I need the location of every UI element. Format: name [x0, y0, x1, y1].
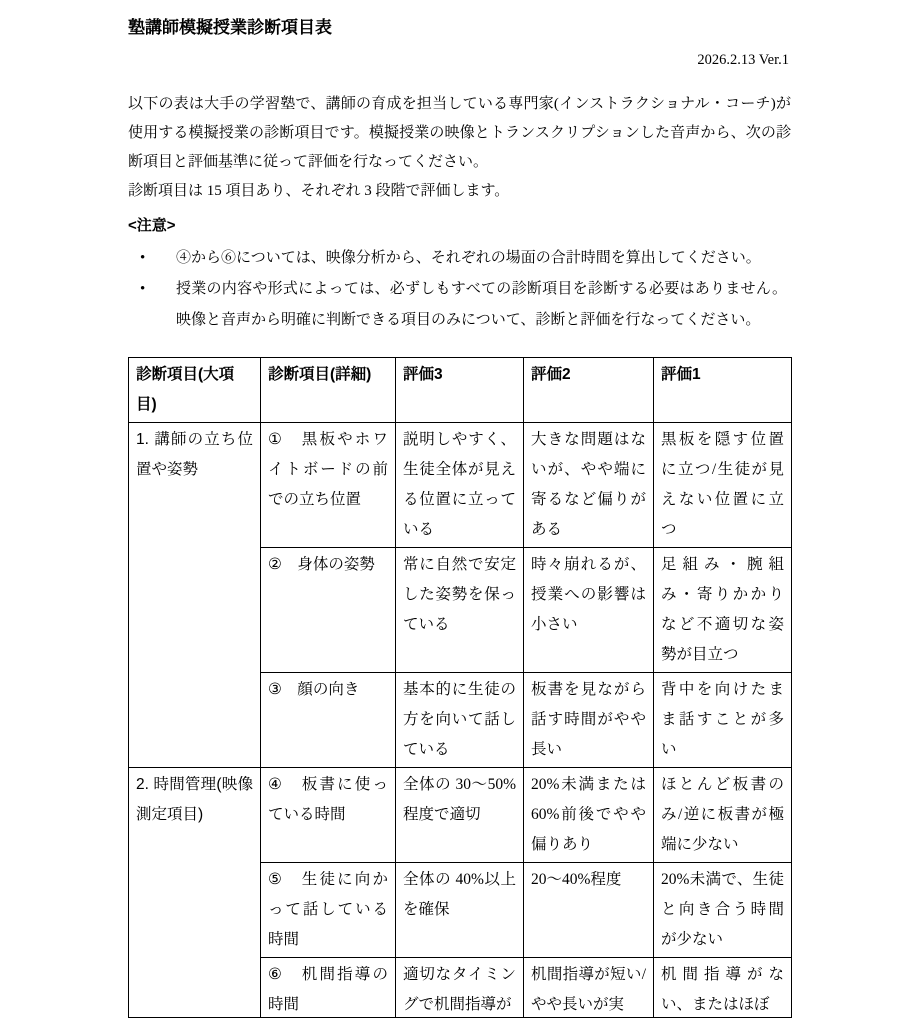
column-header: 評価3 [396, 358, 524, 423]
eval2-cell: 20%未満または 60%前後でやや偏りあり [524, 768, 654, 863]
notice-list: ④から⑥については、映像分析から、それぞれの場面の合計時間を算出してください。授… [128, 243, 791, 336]
eval1-cell: 机間指導がない、またはほぼ [654, 958, 792, 1018]
detail-item-cell: ④ 板書に使っている時間 [261, 768, 396, 863]
eval1-cell: 背中を向けたまま話すことが多い [654, 673, 792, 768]
eval3-cell: 適切なタイミングで机間指導が [396, 958, 524, 1018]
eval2-cell: 20〜40%程度 [524, 863, 654, 958]
category-cell: 1. 講師の立ち位置や姿勢 [129, 423, 261, 768]
eval3-cell: 常に自然で安定した姿勢を保っている [396, 548, 524, 673]
scale-note: 診断項目は 15 項目あり、それぞれ 3 段階で評価します。 [128, 177, 791, 206]
eval3-cell: 説明しやすく、生徒全体が見える位置に立っている [396, 423, 524, 548]
intro-paragraph: 以下の表は大手の学習塾で、講師の育成を担当している専門家(インストラクショナル・… [128, 90, 791, 177]
eval2-cell: 机間指導が短い/やや長いが実 [524, 958, 654, 1018]
diagnostic-rubric-table: 診断項目(大項目)診断項目(詳細)評価3評価2評価1 1. 講師の立ち位置や姿勢… [128, 357, 792, 1018]
notice-item: ④から⑥については、映像分析から、それぞれの場面の合計時間を算出してください。 [128, 243, 791, 274]
table-row: 2. 時間管理(映像測定項目)④ 板書に使っている時間全体の 30〜50%程度で… [129, 768, 792, 863]
table-row: 1. 講師の立ち位置や姿勢① 黒板やホワイトボードの前での立ち位置説明しやすく、… [129, 423, 792, 548]
detail-item-cell: ⑤ 生徒に向かって話している時間 [261, 863, 396, 958]
page-title: 塾講師模擬授業診断項目表 [128, 16, 791, 40]
detail-item-cell: ① 黒板やホワイトボードの前での立ち位置 [261, 423, 396, 548]
table-header-row: 診断項目(大項目)診断項目(詳細)評価3評価2評価1 [129, 358, 792, 423]
eval3-cell: 全体の 30〜50%程度で適切 [396, 768, 524, 863]
column-header: 評価1 [654, 358, 792, 423]
eval1-cell: 足組み・腕組み・寄りかかりなど不適切な姿勢が目立つ [654, 548, 792, 673]
version-line: 2026.2.13 Ver.1 [128, 50, 789, 70]
eval1-cell: ほとんど板書のみ/逆に板書が極端に少ない [654, 768, 792, 863]
eval3-cell: 基本的に生徒の方を向いて話している [396, 673, 524, 768]
detail-item-cell: ③ 顔の向き [261, 673, 396, 768]
column-header: 診断項目(詳細) [261, 358, 396, 423]
category-cell: 2. 時間管理(映像測定項目) [129, 768, 261, 1018]
eval1-cell: 20%未満で、生徒と向き合う時間が少ない [654, 863, 792, 958]
eval3-cell: 全体の 40%以上を確保 [396, 863, 524, 958]
document-page: 塾講師模擬授業診断項目表 2026.2.13 Ver.1 以下の表は大手の学習塾… [0, 0, 919, 1024]
detail-item-cell: ⑥ 机間指導の時間 [261, 958, 396, 1018]
eval1-cell: 黒板を隠す位置に立つ/生徒が見えない位置に立つ [654, 423, 792, 548]
notice-item: 授業の内容や形式によっては、必ずしもすべての診断項目を診断する必要はありません。… [128, 274, 791, 336]
column-header: 評価2 [524, 358, 654, 423]
column-header: 診断項目(大項目) [129, 358, 261, 423]
detail-item-cell: ② 身体の姿勢 [261, 548, 396, 673]
eval2-cell: 板書を見ながら話す時間がやや長い [524, 673, 654, 768]
eval2-cell: 時々崩れるが、授業への影響は小さい [524, 548, 654, 673]
notice-heading: <注意> [128, 211, 791, 241]
eval2-cell: 大きな問題はないが、やや端に寄るなど偏りがある [524, 423, 654, 548]
